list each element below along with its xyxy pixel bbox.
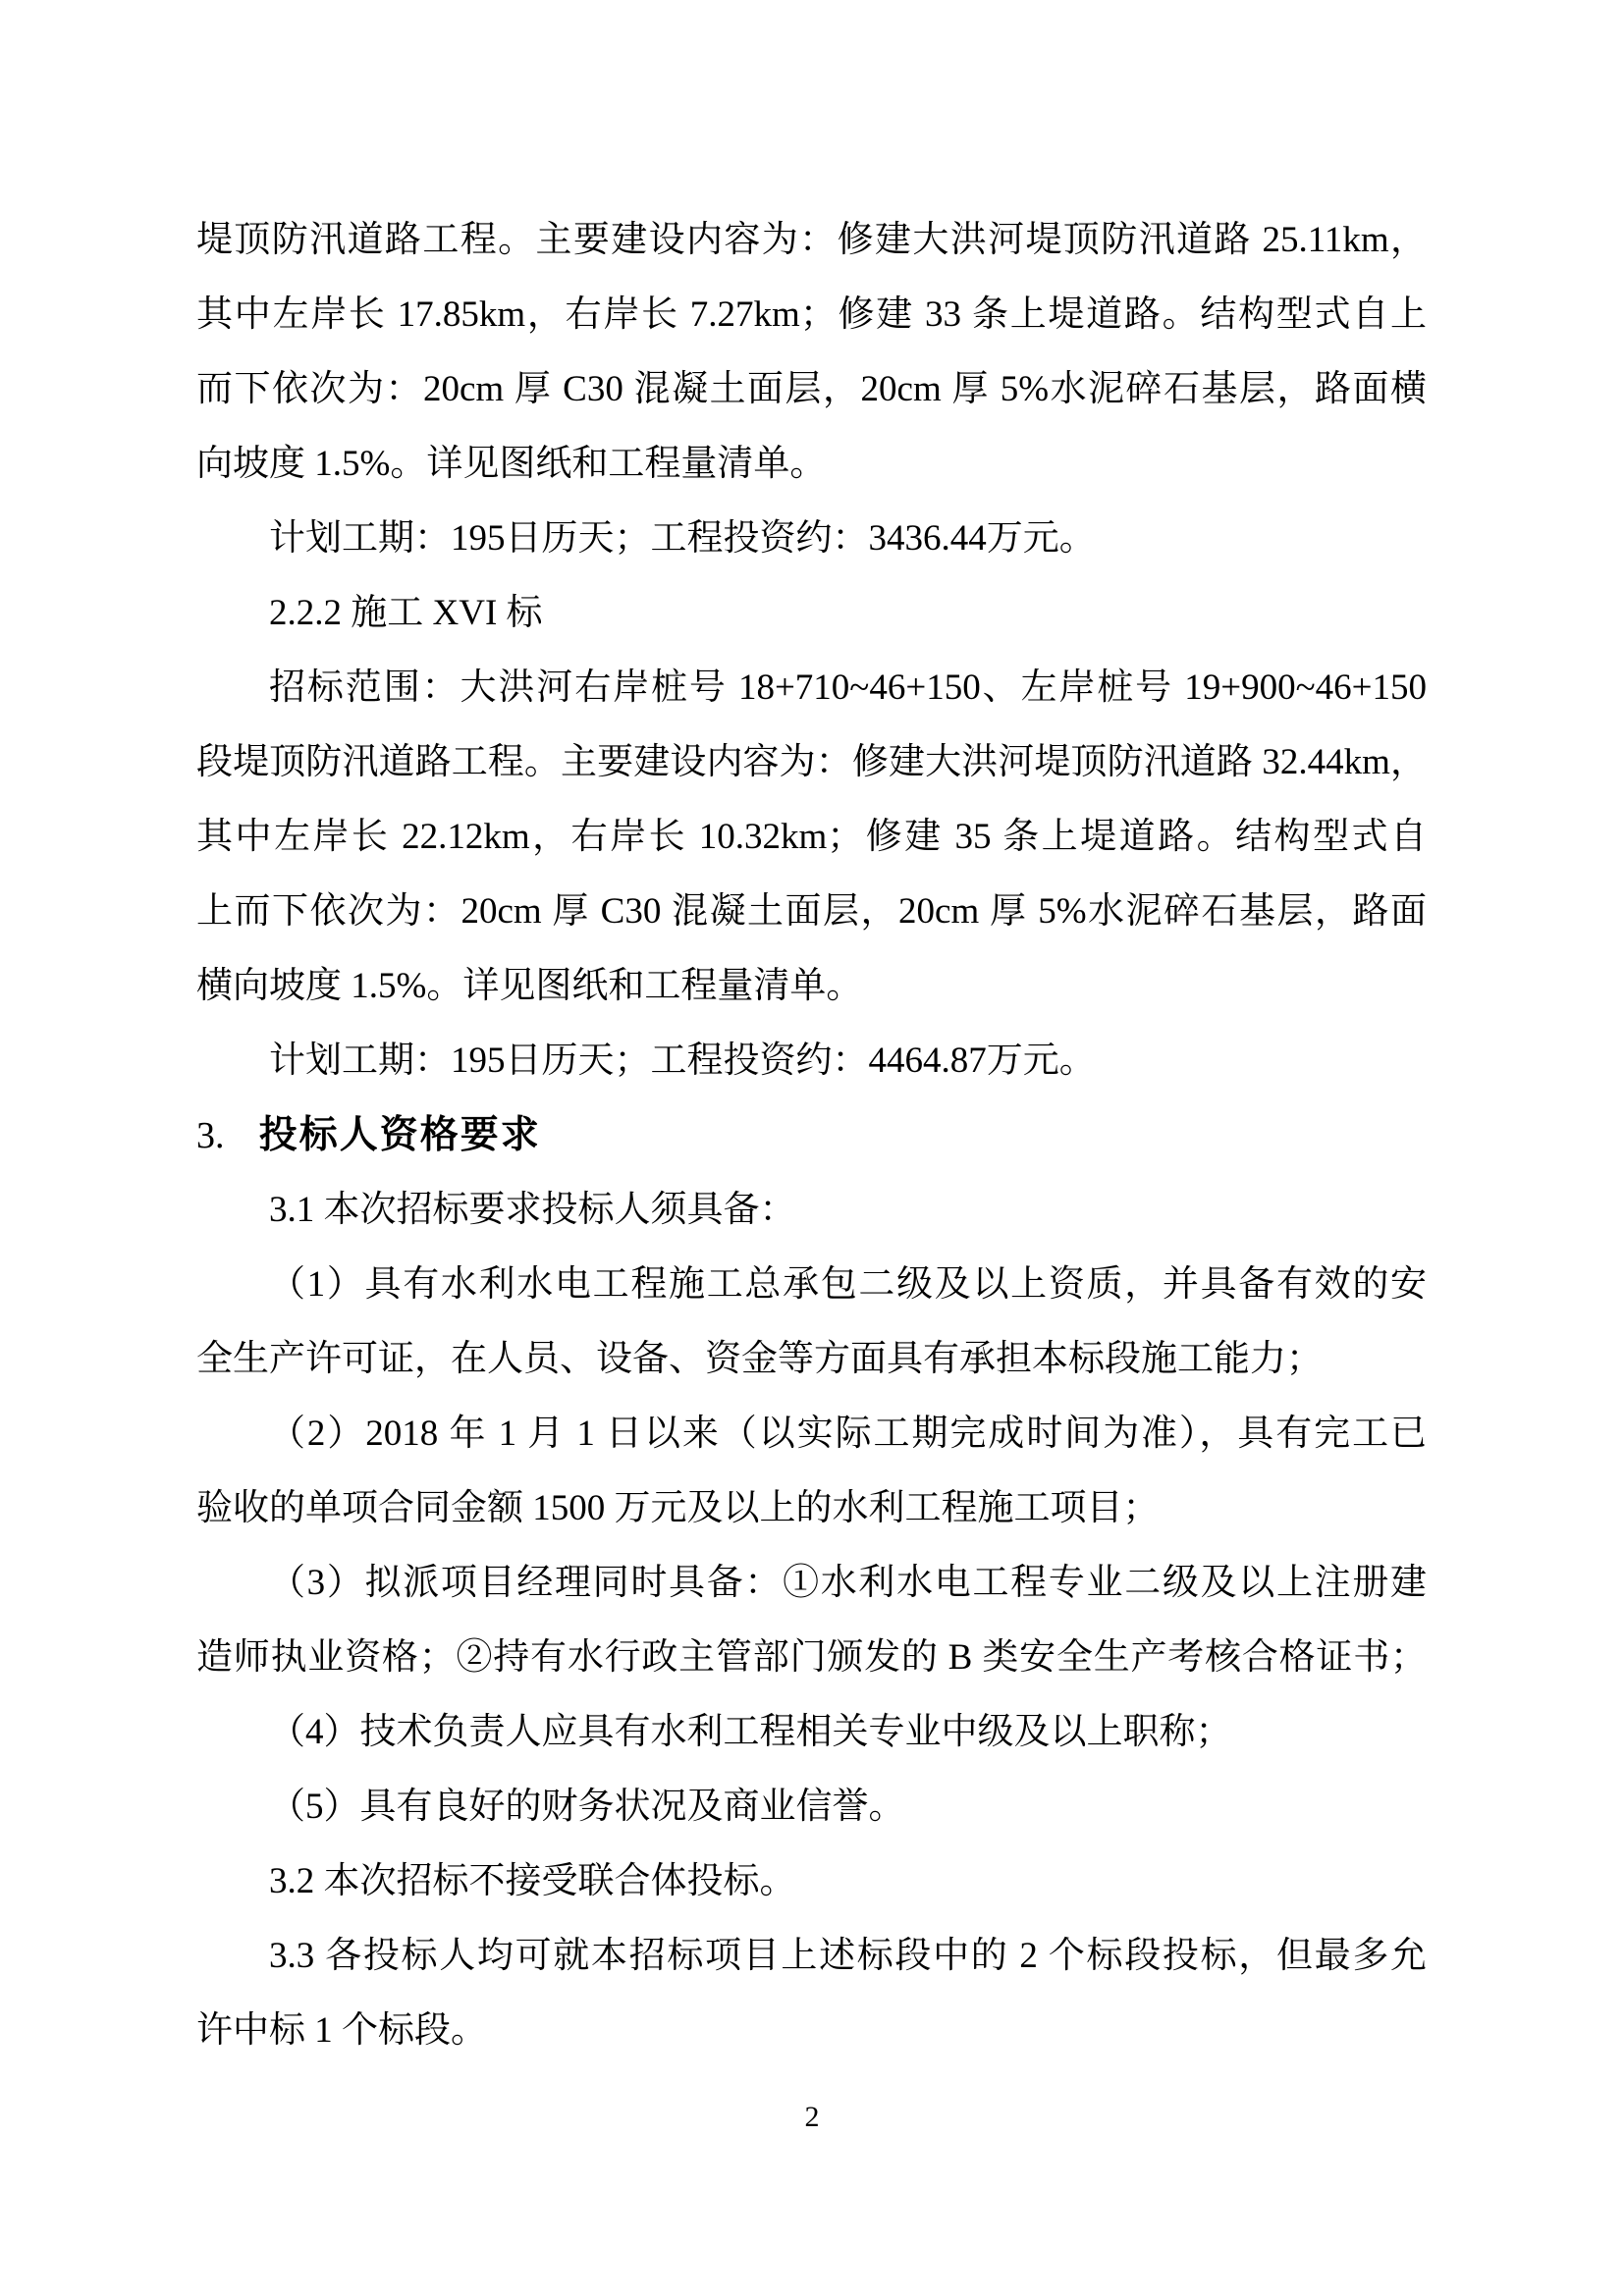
section-title: 投标人资格要求 [259, 1114, 541, 1156]
text-line: 向坡度 1.5%。详见图纸和工程量清单。 [196, 427, 1427, 502]
text-line: 造师执业资格；②持有水行政主管部门颁发的 B 类安全生产考核合格证书； [196, 1621, 1427, 1695]
text-line: （2）2018 年 1 月 1 日以来（以实际工期完成时间为准），具有完工已 [196, 1397, 1427, 1471]
text-line: 计划工期：195日历天；工程投资约：3436.44万元。 [196, 502, 1427, 576]
text-line: 段堤顶防汛道路工程。主要建设内容为：修建大洪河堤顶防汛道路 32.44km， [196, 725, 1427, 800]
subsection-heading: 2.2.2 施工 XVI 标 [196, 576, 1427, 651]
text-line: （5）具有良好的财务状况及商业信誉。 [196, 1770, 1427, 1844]
section-heading: 3. 投标人资格要求 [196, 1098, 1427, 1173]
page-content: 堤顶防汛道路工程。主要建设内容为：修建大洪河堤顶防汛道路 25.11km， 其中… [196, 203, 1427, 2068]
text-line: 其中左岸长 22.12km，右岸长 10.32km；修建 35 条上堤道路。结构… [196, 800, 1427, 875]
text-line: 计划工期：195日历天；工程投资约：4464.87万元。 [196, 1024, 1427, 1098]
text-line: 堤顶防汛道路工程。主要建设内容为：修建大洪河堤顶防汛道路 25.11km， [196, 203, 1427, 278]
text-line: 招标范围：大洪河右岸桩号 18+710~46+150、左岸桩号 19+900~4… [196, 651, 1427, 725]
text-line: 上而下依次为：20cm 厚 C30 混凝土面层，20cm 厚 5%水泥碎石基层，… [196, 875, 1427, 949]
text-line: （4）技术负责人应具有水利工程相关专业中级及以上职称； [196, 1695, 1427, 1770]
text-line: 横向坡度 1.5%。详见图纸和工程量清单。 [196, 949, 1427, 1024]
text-line: 3.2 本次招标不接受联合体投标。 [196, 1844, 1427, 1919]
text-line: 而下依次为：20cm 厚 C30 混凝土面层，20cm 厚 5%水泥碎石基层，路… [196, 352, 1427, 427]
document-page: 堤顶防汛道路工程。主要建设内容为：修建大洪河堤顶防汛道路 25.11km， 其中… [0, 0, 1624, 2296]
text-line: 全生产许可证，在人员、设备、资金等方面具有承担本标段施工能力； [196, 1322, 1427, 1397]
page-number: 2 [0, 2088, 1624, 2147]
text-line: 验收的单项合同金额 1500 万元及以上的水利工程施工项目； [196, 1471, 1427, 1546]
section-number: 3. [196, 1115, 225, 1156]
text-line: 3.3 各投标人均可就本招标项目上述标段中的 2 个标段投标，但最多允 [196, 1919, 1427, 1994]
text-line: 许中标 1 个标段。 [196, 1994, 1427, 2068]
text-line: （3）拟派项目经理同时具备：①水利水电工程专业二级及以上注册建 [196, 1546, 1427, 1621]
text-line: 其中左岸长 17.85km，右岸长 7.27km；修建 33 条上堤道路。结构型… [196, 278, 1427, 352]
text-line: （1）具有水利水电工程施工总承包二级及以上资质，并具备有效的安 [196, 1248, 1427, 1322]
text-line: 3.1 本次招标要求投标人须具备： [196, 1173, 1427, 1248]
